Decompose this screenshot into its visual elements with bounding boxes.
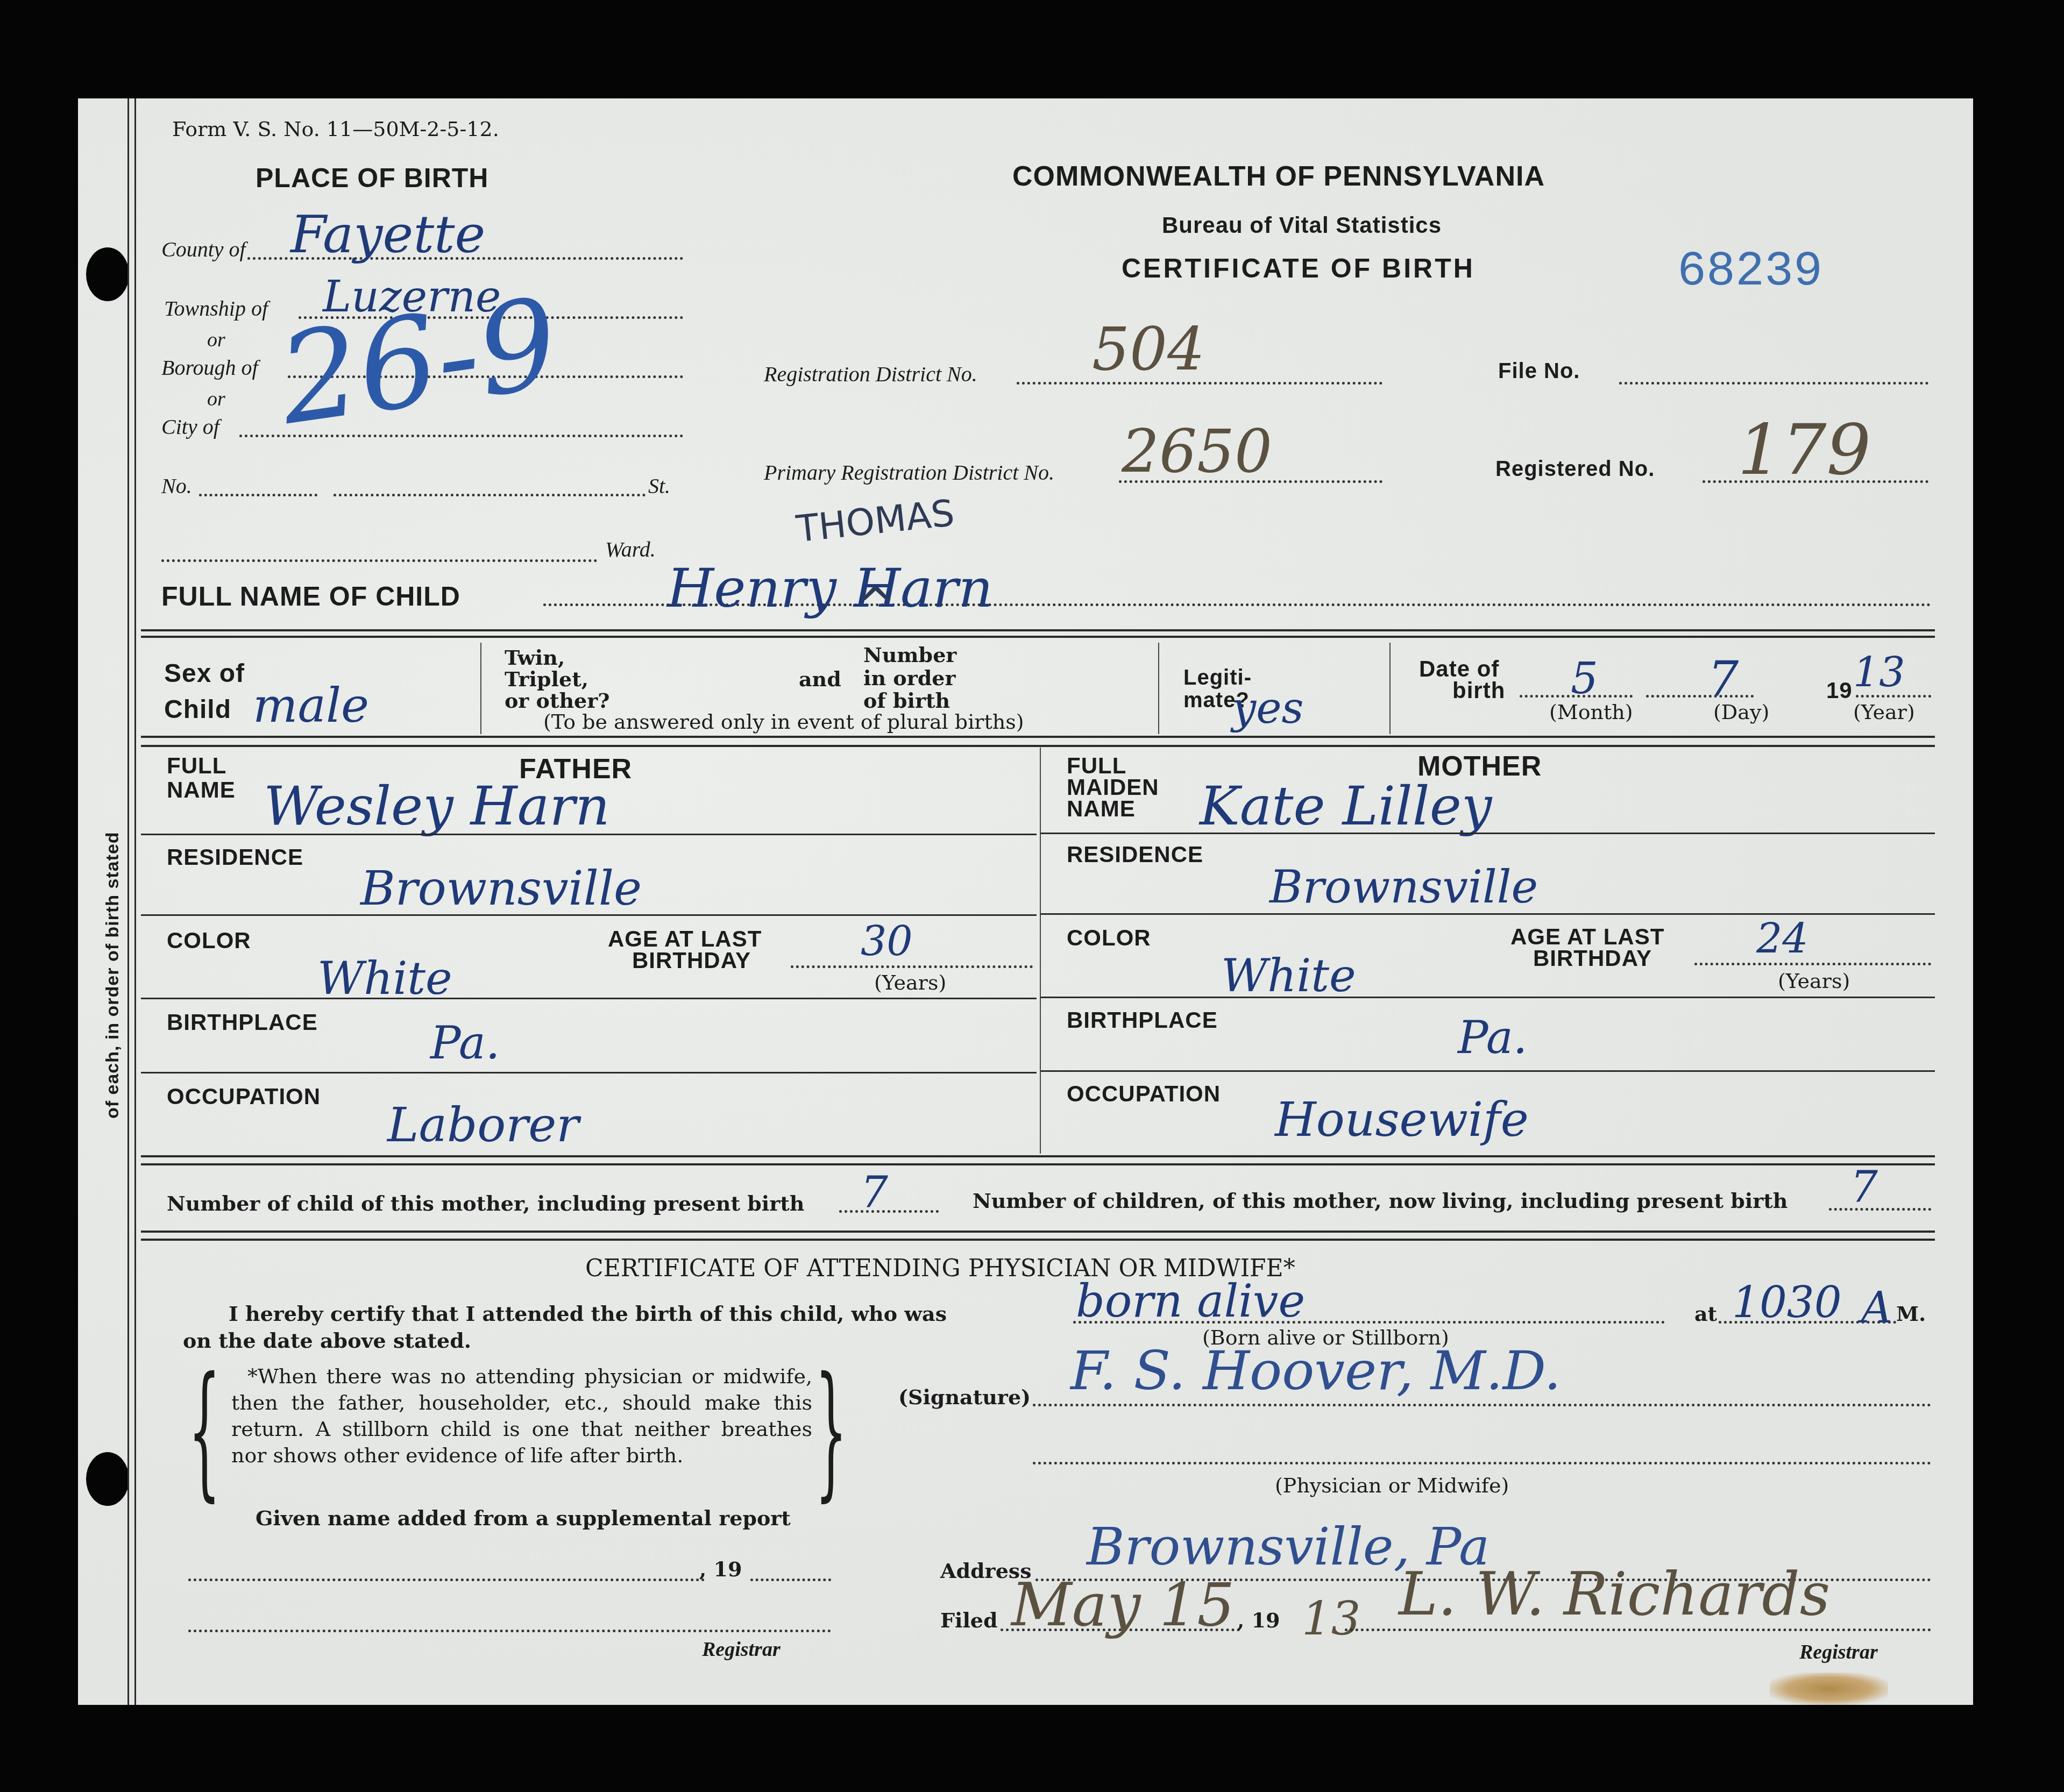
- rule-mother-color: [1041, 997, 1935, 998]
- certificate-number: 68239: [1677, 245, 1822, 300]
- primary-district-label: Primary Registration District No.: [764, 460, 1054, 485]
- registrar-line-left: [188, 1630, 831, 1632]
- registrar-signature: L. W. Richards: [1399, 1560, 1830, 1629]
- number-label-3: of birth: [863, 688, 950, 713]
- given-name-label: Given name added from a supplemental rep…: [256, 1506, 791, 1530]
- father-birthplace-label: BIRTHPLACE: [167, 1009, 318, 1035]
- filed-date-value: May 15: [1011, 1570, 1235, 1639]
- rule-father-color: [141, 998, 1037, 999]
- father-name-value: Wesley Harn: [264, 774, 610, 837]
- and-label: and: [799, 667, 841, 691]
- place-of-birth-heading: PLACE OF BIRTH: [256, 162, 488, 194]
- primary-district-value: 2650: [1122, 417, 1272, 486]
- ampm-value: A: [1861, 1283, 1892, 1333]
- or-text-2: or: [207, 387, 225, 411]
- ward-line: [161, 559, 597, 562]
- dob-day-value: 7: [1708, 651, 1739, 707]
- divider-parents: [1040, 748, 1041, 1154]
- children-count-value: 7: [861, 1167, 888, 1217]
- mother-residence-value: Brownsville: [1269, 861, 1538, 913]
- mother-birthplace-value: Pa.: [1458, 1011, 1528, 1064]
- sex-label-1: Sex of: [164, 659, 245, 688]
- punch-hole-bottom: [86, 1452, 129, 1506]
- signature-line-2: [1033, 1462, 1931, 1464]
- file-no-line: [1619, 382, 1928, 385]
- rule-father-residence: [141, 914, 1037, 916]
- rule-father-name: [141, 834, 1037, 835]
- father-age-label-2: BIRTHDAY: [632, 948, 751, 973]
- certify-text: I hereby certify that I attended the bir…: [229, 1302, 947, 1326]
- twin-label-1: Twin,: [505, 645, 565, 670]
- township-label: Township of: [164, 296, 268, 321]
- number-label-2: in order: [863, 666, 955, 690]
- plural-births-note: (To be answered only in event of plural …: [543, 710, 1024, 734]
- county-value: Fayette: [290, 204, 485, 265]
- signature-label: (Signature): [898, 1385, 1031, 1409]
- side-note: of each, in order of birth stated: [102, 831, 123, 1119]
- registered-no-value: 179: [1737, 409, 1871, 490]
- stillborn-note: *When there was no attending physician o…: [231, 1363, 812, 1469]
- father-full-label-1: FULL: [167, 753, 226, 779]
- divider-legitimate: [1389, 643, 1391, 734]
- left-border-outer: [127, 98, 129, 1705]
- borough-label: Borough of: [161, 355, 258, 380]
- father-residence-value: Brownsville: [360, 861, 642, 916]
- street-no-label: No.: [161, 473, 192, 499]
- filed-year-value: 13: [1302, 1592, 1360, 1646]
- m-label: M.: [1896, 1302, 1926, 1326]
- father-birthplace-value: Pa.: [430, 1016, 500, 1069]
- state-heading: COMMONWEALTH OF PENNSYLVANIA: [1012, 160, 1545, 193]
- twin-label-2: Triplet,: [505, 667, 588, 691]
- mother-age-label-2: BIRTHDAY: [1533, 945, 1652, 971]
- rule-parents-top-1: [141, 736, 1935, 738]
- left-border-inner: [134, 98, 136, 1705]
- supplement-year-label: , 19: [699, 1557, 742, 1581]
- registrar-label-right: Registrar: [1799, 1640, 1878, 1664]
- note-brace-left: {: [188, 1358, 221, 1503]
- mother-color-label: COLOR: [1067, 925, 1151, 951]
- mother-occupation-label: OCCUPATION: [1067, 1081, 1221, 1107]
- rule-child-top-2: [141, 636, 1935, 638]
- registrar-line-right: [1345, 1629, 1931, 1631]
- dob-label-2: birth: [1452, 678, 1505, 703]
- street-line: [334, 494, 646, 496]
- street-label: St.: [648, 473, 670, 499]
- children-living-value: 7: [1850, 1162, 1878, 1212]
- legitimate-value: yes: [1232, 683, 1304, 733]
- mother-age-value: 24: [1756, 914, 1808, 962]
- time-value: 1030: [1732, 1277, 1842, 1327]
- rule-physician-top-1: [141, 1231, 1935, 1233]
- born-value: born alive: [1076, 1275, 1305, 1327]
- father-color-value: White: [317, 952, 452, 1005]
- physician-signature: F. S. Hoover, M.D.: [1070, 1339, 1561, 1402]
- city-label: City of: [161, 414, 219, 439]
- father-years-caption: (Years): [874, 971, 946, 994]
- bureau-heading: Bureau of Vital Statistics: [1162, 212, 1442, 238]
- mother-color-value: White: [1221, 949, 1356, 1002]
- dob-year-value: 13: [1853, 648, 1905, 696]
- children-living-label: Number of children, of this mother, now …: [973, 1189, 1788, 1213]
- rule-children-top-2: [141, 1163, 1935, 1165]
- father-occupation-value: Laborer: [387, 1097, 579, 1153]
- mother-occupation-value: Housewife: [1275, 1092, 1529, 1147]
- father-occupation-label: OCCUPATION: [167, 1084, 321, 1110]
- rule-parents-top-2: [141, 745, 1935, 747]
- month-caption: (Month): [1549, 700, 1633, 724]
- street-no-line: [199, 494, 317, 496]
- registration-district-label: Registration District No.: [764, 361, 977, 387]
- registered-no-label: Registered No.: [1495, 457, 1655, 481]
- child-name-value: Henry Harn: [667, 557, 993, 620]
- mother-birthplace-label: BIRTHPLACE: [1067, 1007, 1218, 1033]
- rule-mother-name: [1041, 833, 1935, 834]
- supplement-year-line: [750, 1578, 831, 1581]
- certify-text-2: on the date above stated.: [183, 1328, 471, 1353]
- father-age-value: 30: [861, 917, 913, 965]
- supplement-line: [188, 1578, 705, 1581]
- signature-line: [1033, 1404, 1931, 1406]
- punch-hole-top: [86, 247, 129, 301]
- twin-label-3: or other?: [505, 688, 610, 713]
- rule-children-top-1: [141, 1155, 1935, 1157]
- children-living-line: [1829, 1208, 1931, 1211]
- year-caption: (Year): [1853, 700, 1915, 724]
- form-number: Form V. S. No. 11—50M-2-5-12.: [172, 117, 499, 141]
- mother-residence-label: RESIDENCE: [1067, 842, 1203, 867]
- filed-year-prefix: , 19: [1237, 1608, 1280, 1632]
- dob-year-prefix: 19: [1826, 678, 1853, 703]
- physician-caption: (Physician or Midwife): [1275, 1474, 1509, 1497]
- father-color-label: COLOR: [167, 928, 251, 954]
- paper-stain: [1770, 1673, 1888, 1705]
- file-no-label: File No.: [1498, 359, 1580, 383]
- ward-label: Ward.: [605, 537, 656, 562]
- divider-sex: [480, 643, 481, 734]
- rule-mother-birthplace: [1041, 1070, 1935, 1072]
- father-residence-label: RESIDENCE: [167, 844, 303, 870]
- child-name-label: FULL NAME OF CHILD: [161, 581, 460, 612]
- rule-father-birthplace: [141, 1072, 1037, 1073]
- registration-district-value: 504: [1092, 315, 1205, 383]
- insertion-caret: ^: [855, 578, 896, 635]
- father-full-label-2: NAME: [167, 777, 236, 803]
- mother-age-line: [1694, 963, 1931, 965]
- divider-twin: [1158, 643, 1159, 734]
- sex-value: male: [253, 678, 369, 733]
- father-age-line: [791, 965, 1033, 968]
- filed-label: Filed: [940, 1608, 998, 1632]
- mother-years-caption: (Years): [1778, 969, 1850, 993]
- certificate-title: CERTIFICATE OF BIRTH: [1122, 253, 1475, 284]
- number-label-1: Number: [863, 643, 956, 667]
- children-count-label: Number of child of this mother, includin…: [167, 1191, 804, 1215]
- day-caption: (Day): [1713, 700, 1769, 724]
- note-brace-right: }: [815, 1358, 847, 1503]
- dob-month-value: 5: [1571, 653, 1598, 703]
- rule-child-top-1: [141, 629, 1935, 631]
- mother-full-label-3: NAME: [1067, 796, 1136, 822]
- sex-label-2: Child: [164, 695, 231, 724]
- registrar-label-left: Registrar: [702, 1638, 781, 1661]
- mother-name-value: Kate Lilley: [1200, 774, 1492, 837]
- children-count-line: [839, 1210, 939, 1213]
- at-label: at: [1694, 1302, 1717, 1326]
- county-label: County of: [161, 237, 246, 262]
- or-text-1: or: [207, 328, 225, 352]
- rule-physician-top-2: [141, 1239, 1935, 1241]
